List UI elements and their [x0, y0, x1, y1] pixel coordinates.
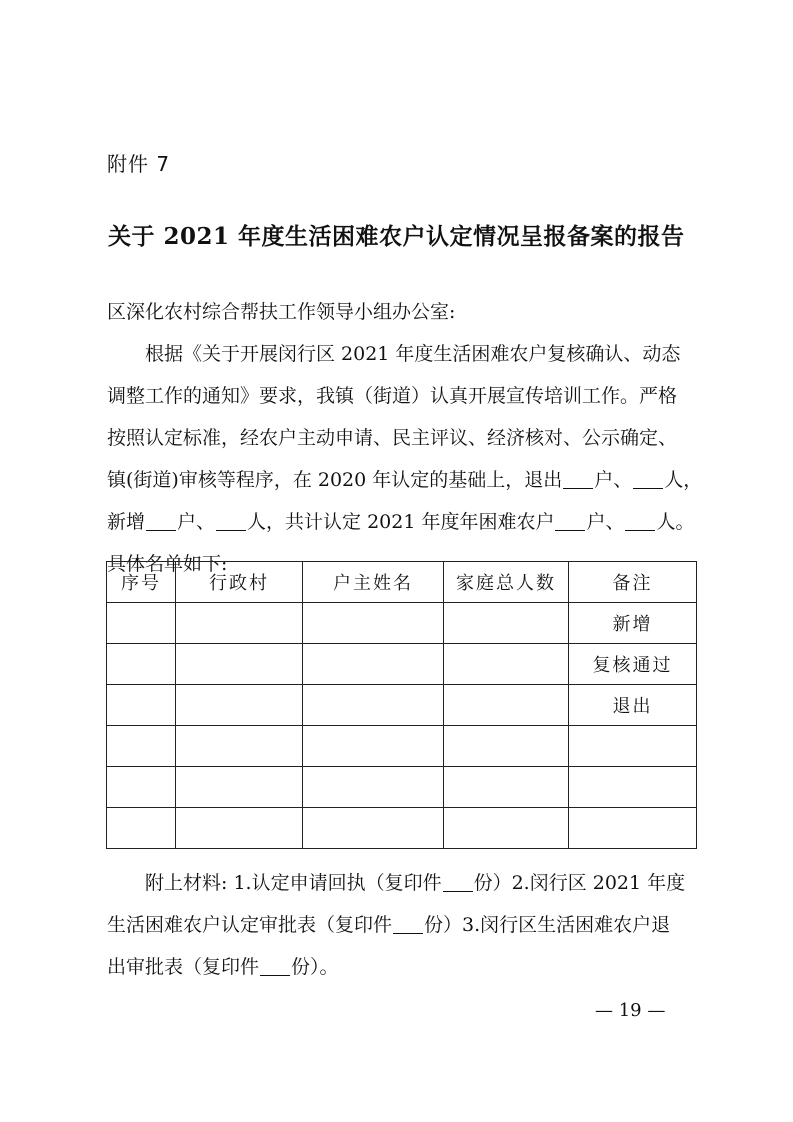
cell-serial-no[interactable] — [107, 685, 176, 726]
addressee: 区深化农村综合帮扶工作领导小组办公室: — [107, 291, 697, 333]
body-text: 人。 — [656, 511, 694, 533]
body-line-1: 根据《关于开展闵行区 2021 年度生活困难农户复核确认、动态 — [107, 333, 697, 375]
cell-village[interactable] — [176, 685, 303, 726]
cell-serial-no[interactable] — [107, 726, 176, 767]
table-row — [107, 767, 697, 808]
body-text: 镇(街道)审核等程序，在 2020 年认定的基础上，退出 — [107, 469, 562, 491]
cell-village[interactable] — [176, 644, 303, 685]
cell-householder-name[interactable] — [303, 685, 444, 726]
blank-total-persons[interactable] — [625, 511, 655, 531]
document-page: 附件 7 关于 2021 年度生活困难农户认定情况呈报备案的报告 区深化农村综合… — [0, 0, 793, 1122]
cell-village[interactable] — [176, 726, 303, 767]
cell-remarks[interactable] — [569, 808, 697, 849]
cell-householder-name[interactable] — [303, 808, 444, 849]
cell-serial-no[interactable] — [107, 603, 176, 644]
header-village: 行政村 — [176, 562, 303, 603]
cell-remarks[interactable] — [569, 726, 697, 767]
cell-householder-name[interactable] — [303, 603, 444, 644]
table-row: 复核通过 — [107, 644, 697, 685]
cell-village[interactable] — [176, 603, 303, 644]
materials-line-1: 附上材料: 1.认定申请回执（复印件份）2.闵行区 2021 年度 — [107, 862, 697, 904]
body-text: 户、 — [594, 469, 632, 491]
cell-serial-no[interactable] — [107, 767, 176, 808]
blank-total-households[interactable] — [555, 511, 585, 531]
blank-approval-copies[interactable] — [393, 914, 423, 934]
table-row — [107, 726, 697, 767]
body-text: 户、 — [177, 511, 215, 533]
addressee-text: 区深化农村综合帮扶工作领导小组办公室: — [107, 291, 697, 333]
body-line-3: 按照认定标准，经农户主动申请、民主评议、经济核对、公示确定、 — [107, 417, 697, 459]
materials-line-2: 生活困难农户认定审批表（复印件份）3.闵行区生活困难农户退 — [107, 904, 697, 946]
cell-remarks[interactable] — [569, 767, 697, 808]
blank-exit-approval-copies[interactable] — [260, 956, 290, 976]
body-line-2: 调整工作的通知》要求，我镇（街道）认真开展宣传培训工作。严格 — [107, 375, 697, 417]
table-row: 退出 — [107, 685, 697, 726]
cell-village[interactable] — [176, 767, 303, 808]
cell-remarks: 新增 — [569, 603, 697, 644]
cell-serial-no[interactable] — [107, 644, 176, 685]
cell-family-size[interactable] — [444, 808, 569, 849]
page-number: — 19 — — [595, 1000, 665, 1021]
body-line-4: 镇(街道)审核等程序，在 2020 年认定的基础上，退出户、人， — [107, 459, 697, 501]
body-line-5: 新增户、人，共计认定 2021 年度年困难农户户、人。 — [107, 501, 697, 543]
header-remarks: 备注 — [569, 562, 697, 603]
materials-line-3: 出审批表（复印件份）。 — [107, 946, 697, 988]
table-row: 新增 — [107, 603, 697, 644]
blank-exit-households[interactable] — [563, 469, 593, 489]
header-family-size: 家庭总人数 — [444, 562, 569, 603]
cell-village[interactable] — [176, 808, 303, 849]
header-serial-no: 序号 — [107, 562, 176, 603]
body-text: 新增 — [107, 511, 145, 533]
attachment-label: 附件 7 — [107, 148, 170, 177]
materials-text: 份）。 — [291, 956, 339, 978]
header-householder-name: 户主姓名 — [303, 562, 444, 603]
materials-text: 生活困难农户认定审批表（复印件 — [107, 914, 392, 936]
body-text: 户、 — [586, 511, 624, 533]
blank-exit-persons[interactable] — [633, 469, 663, 489]
cell-family-size[interactable] — [444, 603, 569, 644]
cell-family-size[interactable] — [444, 685, 569, 726]
materials-text: 份）2.闵行区 2021 年度 — [474, 872, 686, 894]
cell-remarks: 复核通过 — [569, 644, 697, 685]
cell-householder-name[interactable] — [303, 726, 444, 767]
table-row — [107, 808, 697, 849]
materials-text: 附上材料: 1.认定申请回执（复印件 — [145, 872, 442, 894]
materials-text: 份）3.闵行区生活困难农户退 — [424, 914, 670, 936]
blank-new-households[interactable] — [146, 511, 176, 531]
cell-family-size[interactable] — [444, 767, 569, 808]
body-paragraph: 根据《关于开展闵行区 2021 年度生活困难农户复核确认、动态 调整工作的通知》… — [107, 333, 697, 585]
cell-householder-name[interactable] — [303, 767, 444, 808]
attached-materials: 附上材料: 1.认定申请回执（复印件份）2.闵行区 2021 年度 生活困难农户… — [107, 862, 697, 988]
document-title: 关于 2021 年度生活困难农户认定情况呈报备案的报告 — [108, 218, 693, 251]
cell-family-size[interactable] — [444, 726, 569, 767]
blank-new-persons[interactable] — [216, 511, 246, 531]
materials-text: 出审批表（复印件 — [107, 956, 259, 978]
table-header-row: 序号 行政村 户主姓名 家庭总人数 备注 — [107, 562, 697, 603]
cell-family-size[interactable] — [444, 644, 569, 685]
body-text: 人，共计认定 2021 年度年困难农户 — [247, 511, 554, 533]
cell-serial-no[interactable] — [107, 808, 176, 849]
blank-receipt-copies[interactable] — [443, 872, 473, 892]
cell-remarks: 退出 — [569, 685, 697, 726]
cell-householder-name[interactable] — [303, 644, 444, 685]
body-text: 人， — [664, 469, 702, 491]
household-roster-table: 序号 行政村 户主姓名 家庭总人数 备注 新增 复核通过 退出 — [106, 561, 697, 849]
